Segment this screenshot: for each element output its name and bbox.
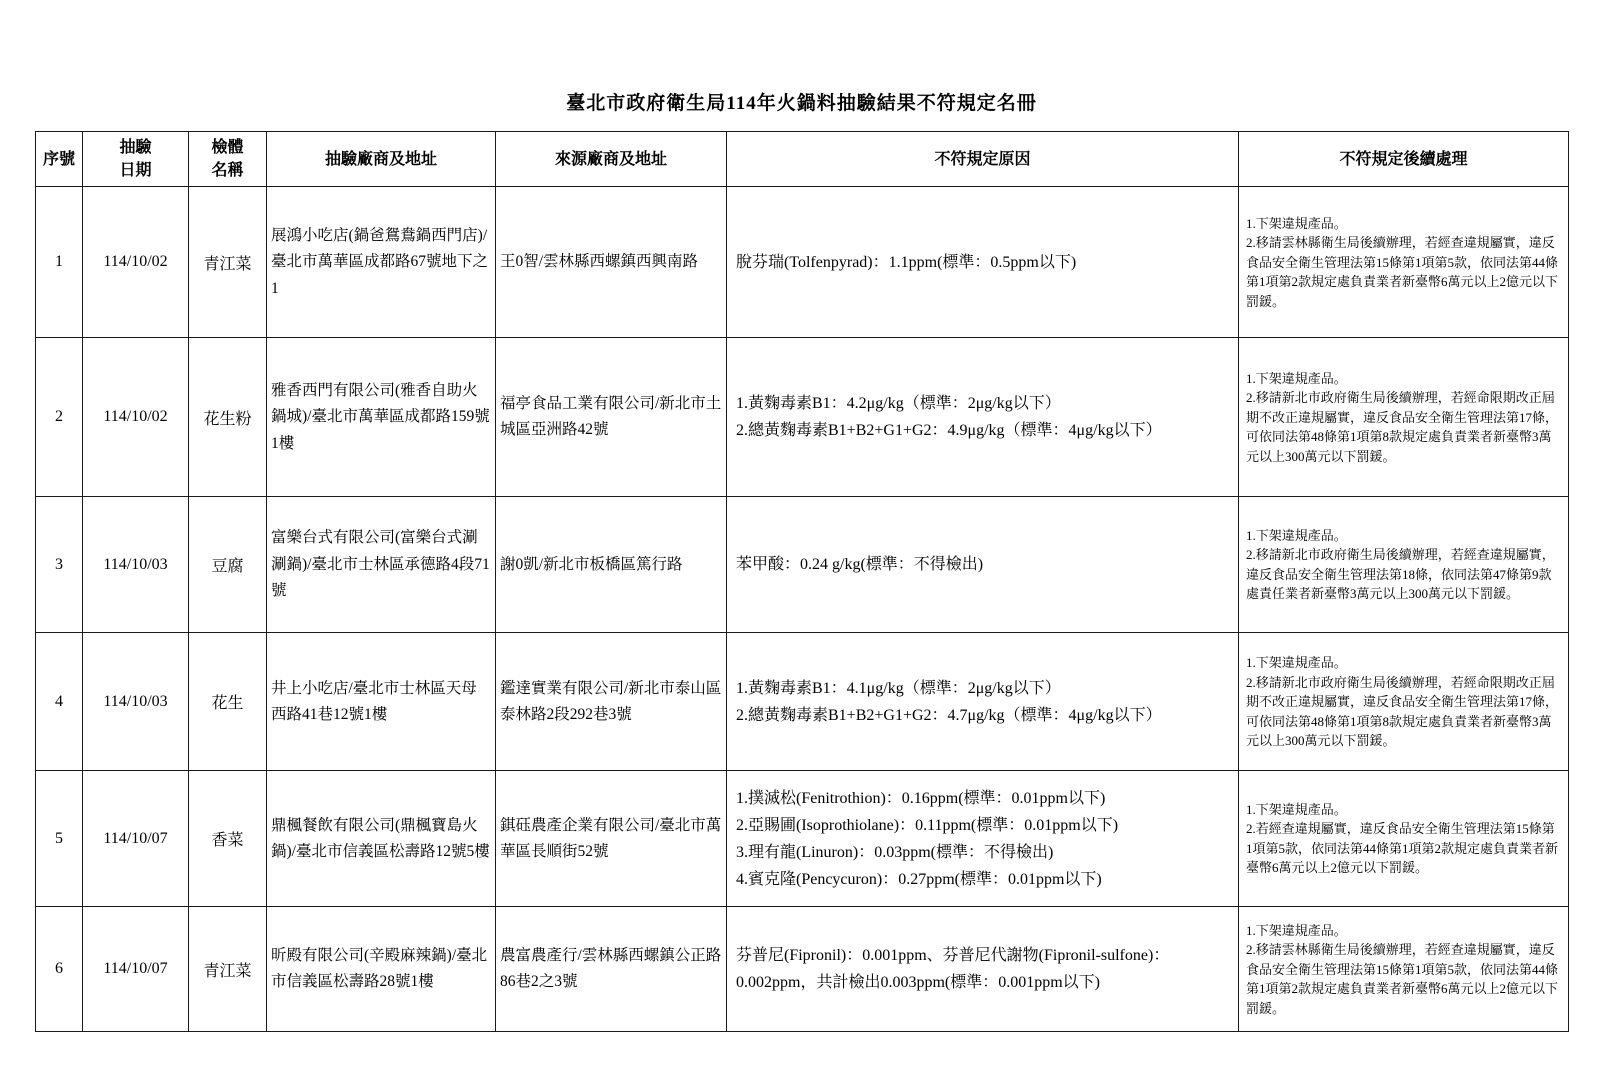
header-vendor: 抽驗廠商及地址 [267,132,496,187]
cell-reason: 1.黃麴毒素B1：4.1μg/kg（標準：2μg/kg以下） 2.總黃麴毒素B1… [727,633,1239,771]
cell-date: 114/10/07 [83,907,189,1032]
cell-vendor: 井上小吃店/臺北市士林區天母西路41巷12號1樓 [267,633,496,771]
table-row: 3 114/10/03 豆腐 富樂台式有限公司(富樂台式涮涮鍋)/臺北市士林區承… [36,497,1569,633]
page-title: 臺北市政府衛生局114年火鍋料抽驗結果不符規定名冊 [35,88,1568,115]
cell-sample: 花生 [189,633,267,771]
inspection-results-table: 序號 抽驗 日期 檢體 名稱 抽驗廠商及地址 來源廠商及地址 不符規定原因 不符… [35,131,1569,1032]
cell-source: 福亭食品工業有限公司/新北市土城區亞洲路42號 [496,338,727,497]
table-row: 4 114/10/03 花生 井上小吃店/臺北市士林區天母西路41巷12號1樓 … [36,633,1569,771]
cell-no: 4 [36,633,83,771]
header-sample: 檢體 名稱 [189,132,267,187]
cell-source: 謝0凱/新北市板橋區篤行路 [496,497,727,633]
cell-action: 1.下架違規產品。 2.移請雲林縣衛生局後續辦理，若經查違規屬實，違反食品安全衛… [1239,907,1569,1032]
table-header-row: 序號 抽驗 日期 檢體 名稱 抽驗廠商及地址 來源廠商及地址 不符規定原因 不符… [36,132,1569,187]
cell-action: 1.下架違規產品。 2.若經查違規屬實，違反食品安全衛生管理法第15條第1項第5… [1239,771,1569,907]
cell-sample: 青江菜 [189,187,267,338]
cell-source: 錤砡農產企業有限公司/臺北市萬華區長順街52號 [496,771,727,907]
cell-action: 1.下架違規產品。 2.移請新北市政府衛生局後續辦理，若經命限期改正屆期不改正違… [1239,338,1569,497]
cell-date: 114/10/03 [83,633,189,771]
cell-no: 3 [36,497,83,633]
cell-date: 114/10/03 [83,497,189,633]
table-row: 5 114/10/07 香菜 鼎楓餐飲有限公司(鼎楓寶島火鍋)/臺北市信義區松壽… [36,771,1569,907]
cell-action: 1.下架違規產品。 2.移請新北市政府衛生局後續辦理，若經查違規屬實，違反食品安… [1239,497,1569,633]
cell-no: 2 [36,338,83,497]
cell-sample: 花生粉 [189,338,267,497]
cell-reason: 苯甲酸：0.24 g/kg(標準：不得檢出) [727,497,1239,633]
cell-vendor: 雅香西門有限公司(雅香自助火鍋城)/臺北市萬華區成都路159號1樓 [267,338,496,497]
header-action: 不符規定後續處理 [1239,132,1569,187]
document-page: 臺北市政府衛生局114年火鍋料抽驗結果不符規定名冊 序號 抽驗 日期 檢體 名稱… [0,0,1600,1069]
cell-action: 1.下架違規產品。 2.移請雲林縣衛生局後續辦理，若經查違規屬實，違反食品安全衛… [1239,187,1569,338]
cell-reason: 脫芬瑞(Tolfenpyrad)：1.1ppm(標準：0.5ppm以下) [727,187,1239,338]
cell-date: 114/10/07 [83,771,189,907]
cell-vendor: 鼎楓餐飲有限公司(鼎楓寶島火鍋)/臺北市信義區松壽路12號5樓 [267,771,496,907]
cell-source: 鑑達實業有限公司/新北市泰山區泰林路2段292巷3號 [496,633,727,771]
cell-no: 5 [36,771,83,907]
header-reason: 不符規定原因 [727,132,1239,187]
cell-source: 王0智/雲林縣西螺鎮西興南路 [496,187,727,338]
cell-sample: 豆腐 [189,497,267,633]
table-row: 1 114/10/02 青江菜 展鴻小吃店(鍋爸鴛鴦鍋西門店)/臺北市萬華區成都… [36,187,1569,338]
cell-date: 114/10/02 [83,338,189,497]
cell-action: 1.下架違規產品。 2.移請新北市政府衛生局後續辦理，若經命限期改正屆期不改正違… [1239,633,1569,771]
cell-date: 114/10/02 [83,187,189,338]
cell-vendor: 富樂台式有限公司(富樂台式涮涮鍋)/臺北市士林區承德路4段71號 [267,497,496,633]
table-row: 6 114/10/07 青江菜 昕殿有限公司(辛殿麻辣鍋)/臺北市信義區松壽路2… [36,907,1569,1032]
cell-reason: 1.黃麴毒素B1：4.2μg/kg（標準：2μg/kg以下） 2.總黃麴毒素B1… [727,338,1239,497]
header-date: 抽驗 日期 [83,132,189,187]
header-no: 序號 [36,132,83,187]
cell-no: 1 [36,187,83,338]
cell-sample: 香菜 [189,771,267,907]
cell-reason: 1.撲滅松(Fenitrothion)：0.16ppm(標準：0.01ppm以下… [727,771,1239,907]
cell-sample: 青江菜 [189,907,267,1032]
cell-vendor: 展鴻小吃店(鍋爸鴛鴦鍋西門店)/臺北市萬華區成都路67號地下之1 [267,187,496,338]
header-source: 來源廠商及地址 [496,132,727,187]
cell-source: 農富農產行/雲林縣西螺鎮公正路86巷2之3號 [496,907,727,1032]
table-row: 2 114/10/02 花生粉 雅香西門有限公司(雅香自助火鍋城)/臺北市萬華區… [36,338,1569,497]
cell-reason: 芬普尼(Fipronil)：0.001ppm、芬普尼代謝物(Fipronil-s… [727,907,1239,1032]
cell-vendor: 昕殿有限公司(辛殿麻辣鍋)/臺北市信義區松壽路28號1樓 [267,907,496,1032]
cell-no: 6 [36,907,83,1032]
